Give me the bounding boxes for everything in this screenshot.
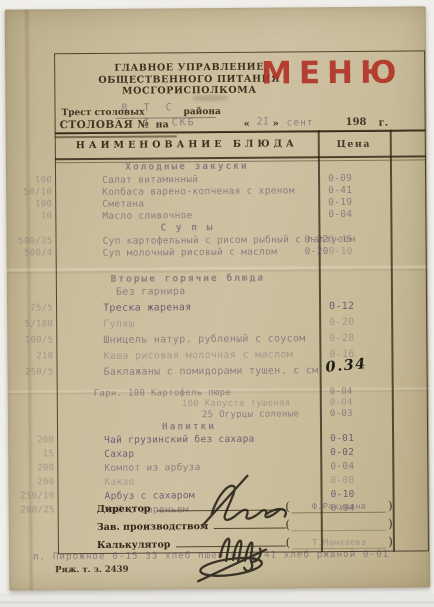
paren-open: ( [285,500,290,513]
date-month: сент [287,117,314,128]
dish-name: Без гарнира [57,286,186,298]
trest-value: В Т С [121,102,176,113]
date-day: 2I [257,117,270,128]
portion-qty: 50/10 [0,187,52,197]
year-suffix: г. [379,118,389,129]
signature-row: Зав. производством() [97,513,393,533]
price-cell: 0-12 [329,301,354,312]
dish-name: Каша рисовая молочная с маслом [57,349,293,362]
stolovaya-label: СТОЛОВАЯ № [60,119,150,132]
signature-name: Ф.Ракушина [292,502,386,514]
portion-qty: 15 [0,449,54,459]
signature-line [176,544,285,547]
portion-qty: 500/25 [0,236,53,246]
signature-role-label: Директор [97,503,157,514]
price-cell: 0-28 [329,333,354,344]
price-cell: 0-04 [330,461,354,472]
price-cell: 0-04 [330,398,353,408]
column-header-name: НАИМЕНОВАНИЕ БЛЮДА [56,138,318,151]
menu-section: Вторые горячие блюдаБез гарнира75/5Треск… [57,272,392,384]
portion-qty: 75/5 [0,303,53,313]
inline-price: 0-20 [305,246,329,257]
na-label: на [156,119,169,130]
portion-qty: 5/100 [0,319,53,329]
portion-qty: 250/5 [0,367,54,377]
paren-close: ) [388,518,393,531]
price-cell: 0-41 [328,185,352,196]
portion-qty: 200 [0,477,54,487]
photo-background: ГЛАВНОЕ УПРАВЛЕНИЕ ОБЩЕСТВЕННОГО ПИТАНИЯ… [0,0,434,607]
portion-qty: 10 [0,211,52,221]
paren-open: ( [285,536,290,549]
bottom-typed-note: п. Пирожное 0-15 33 хлеб пшен 0-11 41 хл… [33,548,434,562]
dish-name: Баклажаны с помидорами тушен. с см [58,365,319,378]
dish-name: Салат витаминный [56,174,198,186]
dish-name: Масло сливочное [56,210,192,222]
photo-bottom-strip [0,593,434,607]
dish-name: 25 Огурцы соленые [58,409,299,421]
price-cell: 0-20 [329,317,354,328]
menu-row: 250/5Баклажаны с помидорами тушен. с см0… [58,365,392,384]
portion-qty: 200 [0,435,54,445]
signature-name: Т.Мамхаева [292,538,386,550]
quote-close: » [273,119,279,130]
stolovaya-number: I [144,118,150,129]
handwritten-price: 0.34 [325,355,368,376]
price-cell: 0-03 [330,409,353,419]
dish-name: Колбаса варено-копченая с хреном [56,185,295,198]
dish-name: Компот из арбуза [58,462,200,474]
inline-price: 0-22 [304,234,328,245]
dish-name: Шницель натур. рубленый с соусом [57,333,305,346]
raion-label: района [183,107,220,117]
price-cell: 0-01 [330,433,354,444]
portion-qty: 500/4 [0,248,53,258]
dish-name: Гарн. 100 Картофель пюре [58,388,231,399]
paren-open: ( [285,518,290,531]
price-cell: 0-02 [330,447,354,458]
dish-name: Суп молочный рисовый с маслом [57,247,278,260]
price-cell: 0-09 [328,173,352,184]
dish-name: Гуляш [57,319,135,331]
portion-qty: 200/25 [1,505,55,515]
paren-close: ) [388,536,393,549]
menu-section: Гарн. 100 Картофель пюре0-04100 Капуста … [58,387,392,423]
price-cell: 0-19 [328,197,352,208]
dish-name: Чай грузинский без сахара [58,434,255,447]
quote-open: « [244,119,250,130]
signature-line [157,508,286,511]
portion-qty: 250/10 [1,491,55,501]
table-top-rule-b [55,135,177,138]
signature-row: Калькулятор(Т.Мамхаева) [97,531,393,551]
signature-role-label: Калькулятор [97,539,177,551]
dish-name: Треска жареная [57,302,192,314]
portion-qty: 100/5 [0,335,53,345]
price-cell: 0-08 [330,475,354,486]
menu-section: Холодные закуски100Салат витаминный0-095… [56,160,390,224]
column-header-price: Цена [318,139,390,151]
paper-crease-vertical [24,9,35,590]
printed-frame: ГЛАВНОЕ УПРАВЛЕНИЕ ОБЩЕСТВЕННОГО ПИТАНИЯ… [54,50,429,554]
portion-qty: 100 [0,199,52,209]
signature-block: Директор(Ф.Ракушина)Зав. производством()… [97,495,393,551]
signature-role-label: Зав. производством [97,521,214,533]
photo-bottom-line [0,601,434,604]
price-cell: 0-04 [330,387,353,397]
na-value: СКБ [172,117,196,128]
price-cell: 0-10 [329,246,353,257]
menu-section: С у п ы500/25Суп картофельный с рисом ры… [56,221,390,261]
menu-title: МЕНЮ [251,54,413,91]
price-cell: 0-04 [328,209,352,220]
menu-table-body: Холодные закуски100Салат витаминный0-095… [56,160,393,520]
print-shop-mark: Ряж. т. з. 2439 [55,565,128,576]
menu-row: 500/4Суп молочный рисовый с маслом0-200-… [57,246,391,261]
dish-name: Сметана [56,199,144,211]
dish-name: Сахар [58,449,134,461]
price-cell: 0-45 [328,234,352,245]
portion-qty: 210 [0,351,53,361]
portion-qty: 100 [0,175,52,185]
paren-close: ) [388,500,393,513]
dish-name: Какао [58,477,134,489]
portion-qty: 200 [0,463,54,473]
signature-row: Директор(Ф.Ракушина) [97,495,393,515]
dish-name: 100 Капуста тушеная [58,398,291,410]
year-prefix: 198 [346,117,367,128]
signature-line [214,526,285,529]
menu-paper: ГЛАВНОЕ УПРАВЛЕНИЕ ОБЩЕСТВЕННОГО ПИТАНИЯ… [5,6,431,590]
